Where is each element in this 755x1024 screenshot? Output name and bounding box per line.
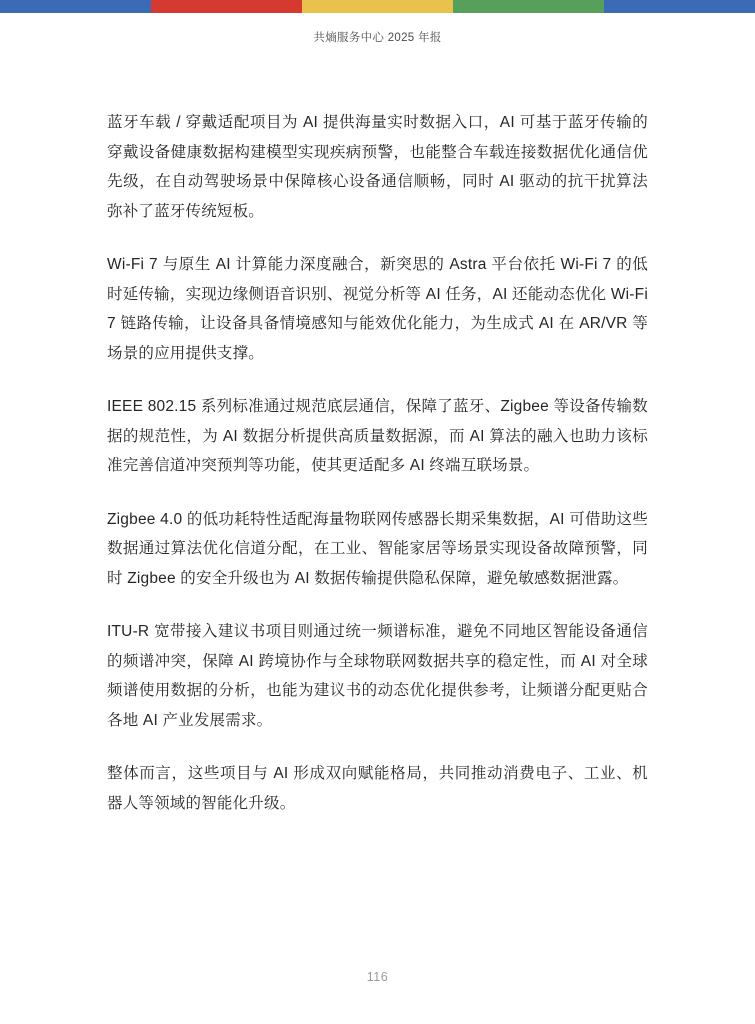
page-header: 共熵服务中心 2025 年报 bbox=[0, 29, 755, 45]
color-bar-segment-blue bbox=[0, 0, 151, 13]
document-page: 共熵服务中心 2025 年报 蓝牙车载 / 穿戴适配项目为 AI 提供海量实时数… bbox=[0, 0, 755, 1024]
page-number: 116 bbox=[367, 970, 388, 984]
color-bar-segment-green bbox=[453, 0, 604, 13]
paragraph-ieee-802-15: IEEE 802.15 系列标准通过规范底层通信，保障了蓝牙、Zigbee 等设… bbox=[107, 392, 648, 481]
page-footer: 116 bbox=[0, 970, 755, 984]
paragraph-summary: 整体而言，这些项目与 AI 形成双向赋能格局，共同推动消费电子、工业、机器人等领… bbox=[107, 759, 648, 818]
color-bar-segment-blue-2 bbox=[604, 0, 755, 13]
document-title: 共熵服务中心 2025 年报 bbox=[313, 32, 441, 44]
paragraph-itu-r: ITU-R 宽带接入建议书项目则通过统一频谱标准，避免不同地区智能设备通信的频谱… bbox=[107, 617, 648, 735]
document-body: 蓝牙车载 / 穿戴适配项目为 AI 提供海量实时数据入口，AI 可基于蓝牙传输的… bbox=[107, 108, 648, 818]
decorative-color-bar bbox=[0, 0, 755, 13]
color-bar-segment-yellow bbox=[302, 0, 453, 13]
paragraph-zigbee-4-0: Zigbee 4.0 的低功耗特性适配海量物联网传感器长期采集数据，AI 可借助… bbox=[107, 505, 648, 594]
paragraph-wifi7: Wi-Fi 7 与原生 AI 计算能力深度融合，新突思的 Astra 平台依托 … bbox=[107, 250, 648, 368]
paragraph-bluetooth: 蓝牙车载 / 穿戴适配项目为 AI 提供海量实时数据入口，AI 可基于蓝牙传输的… bbox=[107, 108, 648, 226]
color-bar-segment-red bbox=[151, 0, 302, 13]
